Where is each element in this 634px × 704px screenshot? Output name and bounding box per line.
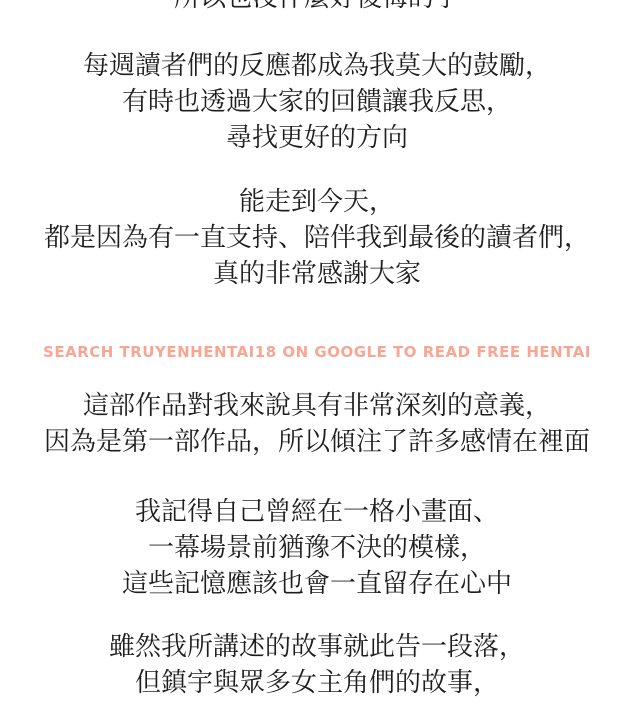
text-line: 每週讀者們的反應都成為我莫大的鼓勵， [0,48,634,84]
text-line: 能走到今天， [0,184,634,220]
paragraph-reader-feedback: 每週讀者們的反應都成為我莫大的鼓勵， 有時也透過大家的回饋讓我反思， 尋找更好的… [0,48,634,156]
paragraph-work-meaning: 這部作品對我來說具有非常深刻的意義， 因為是第一部作品，所以傾注了許多感情在裡面 [0,388,634,460]
paragraph-thanks: 能走到今天， 都是因為有一直支持、陪伴我到最後的讀者們， 真的非常感謝大家 [0,184,634,292]
site-watermark-text: SEARCH TRUYENHENTAI18 ON GOOGLE TO READ … [43,334,591,370]
text-line: 這部作品對我來說具有非常深刻的意義， [0,388,634,424]
text-line: 有時也透過大家的回饋讓我反思， [0,84,634,120]
paragraph-memories: 我記得自己曾經在一格小畫面、 一幕場景前猶豫不決的模樣， 這些記憶應該也會一直留… [0,494,634,602]
text-line-clipped: 所以也沒什麼好後悔的了 [0,0,634,16]
text-line: 一幕場景前猶豫不決的模樣， [0,530,634,566]
text-line: 雖然我所講述的故事就此告一段落， [0,629,634,665]
text-line: 尋找更好的方向 [0,120,634,156]
paragraph-story-ending: 雖然我所講述的故事就此告一段落， 但鎮宇與眾多女主角們的故事， [0,629,634,701]
text-line: 但鎮宇與眾多女主角們的故事， [0,665,634,701]
watermark-row: SEARCH TRUYENHENTAI18 ON GOOGLE TO READ … [0,334,634,370]
text-line: 這些記憶應該也會一直留存在心中 [0,566,634,602]
text-line: 因為是第一部作品，所以傾注了許多感情在裡面 [0,424,634,460]
afterword-page: 所以也沒什麼好後悔的了 每週讀者們的反應都成為我莫大的鼓勵， 有時也透過大家的回… [0,0,634,684]
text-line: 我記得自己曾經在一格小畫面、 [0,494,634,530]
text-line: 真的非常感謝大家 [0,256,634,292]
text-line: 都是因為有一直支持、陪伴我到最後的讀者們， [0,220,634,256]
